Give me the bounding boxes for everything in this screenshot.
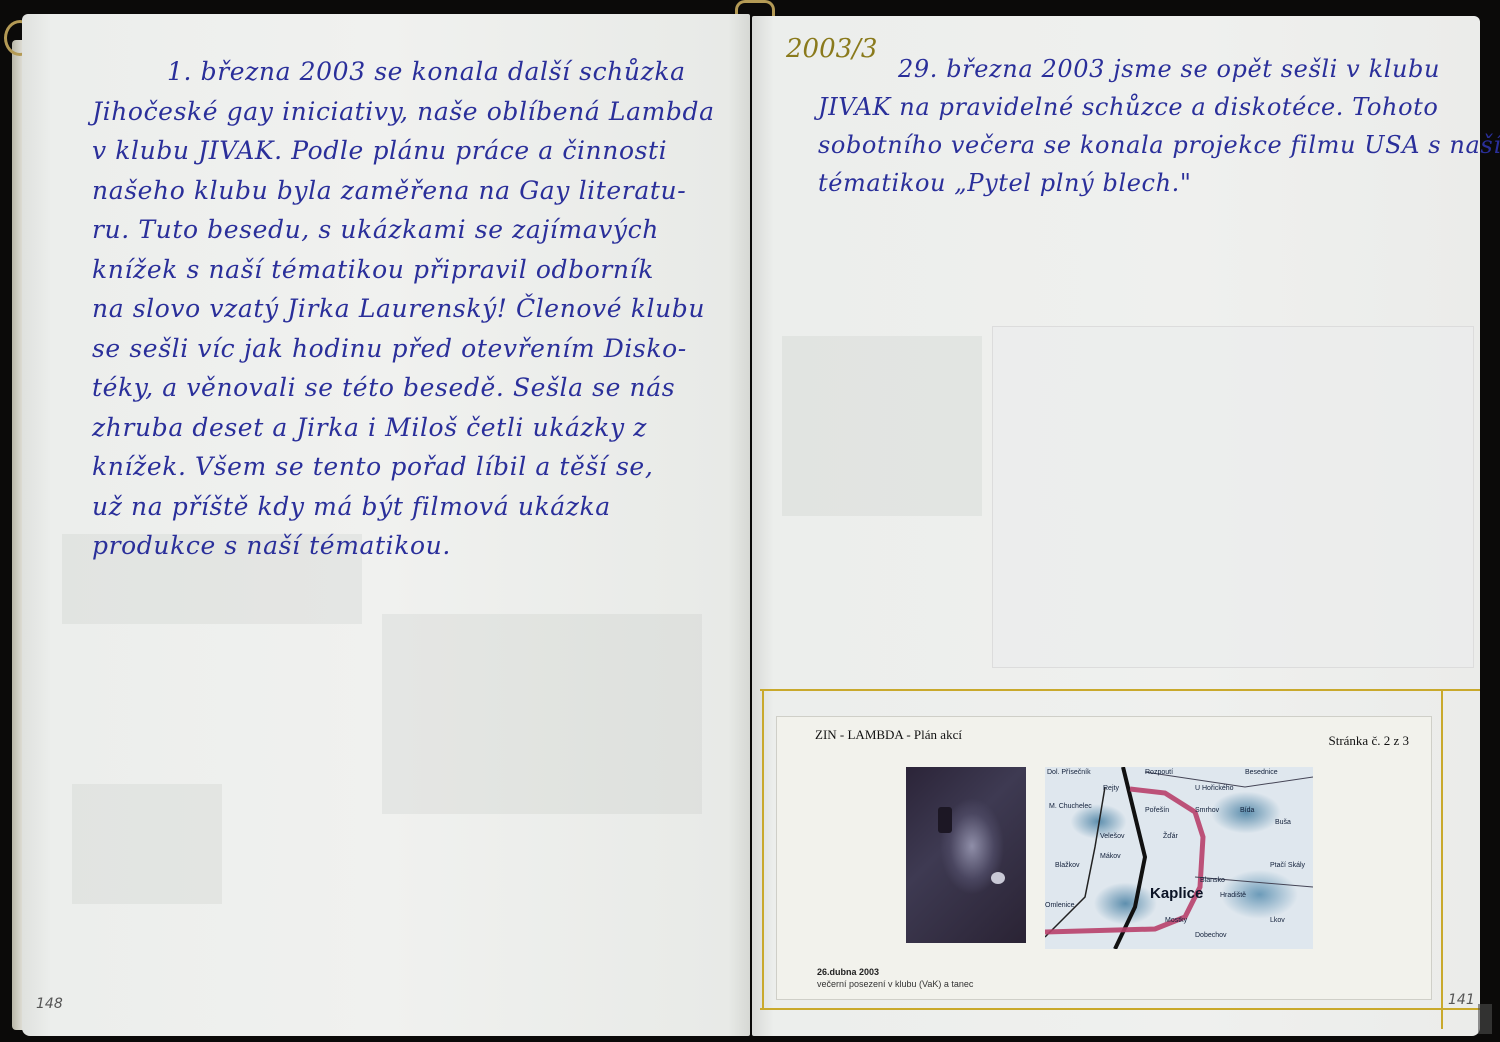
map-label: Dol. Přísečník bbox=[1047, 769, 1091, 776]
handwriting-line: našeho klubu byla zaměřena na Gay litera… bbox=[92, 171, 732, 211]
handwriting-line: ru. Tuto besedu, s ukázkami se zajímavýc… bbox=[92, 210, 732, 250]
show-through bbox=[992, 326, 1474, 668]
handwriting-line: 1. března 2003 se konala další schůzka bbox=[92, 52, 732, 92]
show-through bbox=[782, 336, 982, 516]
map-label: Mákov bbox=[1100, 853, 1121, 860]
map-label: M. Chuchelec bbox=[1049, 803, 1092, 810]
printout-page-label: Stránka č. 2 z 3 bbox=[1328, 733, 1409, 749]
show-through bbox=[382, 614, 702, 814]
handwriting-line: produkce s naší tématikou. bbox=[92, 526, 732, 566]
figure bbox=[991, 872, 1005, 884]
map-label: Besednice bbox=[1245, 769, 1278, 776]
handwriting-line: Jihočeské gay iniciativy, naše oblíbená … bbox=[92, 92, 732, 132]
map-label: Dobechov bbox=[1195, 932, 1227, 939]
map-label: Mostky bbox=[1165, 917, 1187, 924]
handwriting-line: JIVAK na pravidelné schůzce a diskotéce.… bbox=[818, 88, 1478, 126]
handwriting-line: tématikou „Pytel plný blech." bbox=[818, 164, 1478, 202]
map-label: Blansko bbox=[1200, 877, 1225, 884]
frame-line bbox=[760, 689, 1480, 691]
map-label: Pořešín bbox=[1145, 807, 1169, 814]
map-label: Buša bbox=[1275, 819, 1291, 826]
archive-stamp bbox=[1478, 1004, 1492, 1034]
map-label: Žďár bbox=[1163, 833, 1178, 840]
frame-line bbox=[760, 1008, 1480, 1010]
handwriting-line: 29. března 2003 jsme se opět sešli v klu… bbox=[818, 50, 1478, 88]
map-label: Omlenice bbox=[1045, 902, 1075, 909]
handwriting-line: se sešli víc jak hodinu před otevřením D… bbox=[92, 329, 732, 369]
event-date: 26.dubna 2003 bbox=[817, 967, 879, 977]
right-page-number: 141 bbox=[1448, 992, 1475, 1008]
map-center-label: Kaplice bbox=[1150, 885, 1203, 902]
stone-tower-photo bbox=[906, 767, 1026, 943]
show-through bbox=[72, 784, 222, 904]
right-handwritten-entry: 29. března 2003 jsme se opět sešli v klu… bbox=[818, 50, 1478, 202]
frame-line bbox=[762, 689, 764, 1009]
map-label: Hradiště bbox=[1220, 892, 1246, 899]
handwriting-line: knížek s naší tématikou připravil odborn… bbox=[92, 250, 732, 290]
handwriting-line: zhruba deset a Jirka i Miloš četli ukázk… bbox=[92, 408, 732, 448]
handwriting-line: sobotního večera se konala projekce film… bbox=[818, 126, 1478, 164]
map-label: Blažkov bbox=[1055, 862, 1080, 869]
map-label: Smrhov bbox=[1195, 807, 1219, 814]
event-description: večerní posezení v klubu (VaK) a tanec bbox=[817, 979, 973, 989]
map-label: Rozpoutí bbox=[1145, 769, 1173, 776]
map-label: Bída bbox=[1240, 807, 1254, 814]
printout-title: ZIN - LAMBDA - Plán akcí bbox=[815, 727, 962, 743]
handwriting-line: v klubu JIVAK. Podle plánu práce a činno… bbox=[92, 131, 732, 171]
left-handwritten-entry: 1. března 2003 se konala další schůzka J… bbox=[92, 52, 732, 566]
left-page-number: 148 bbox=[36, 996, 63, 1012]
pasted-printout: ZIN - LAMBDA - Plán akcí Stránka č. 2 z … bbox=[776, 716, 1432, 1000]
tower-window bbox=[938, 807, 952, 833]
map-label: Velešov bbox=[1100, 833, 1125, 840]
handwriting-line: už na příště kdy má být filmová ukázka bbox=[92, 487, 732, 527]
map-label: Ptačí Skály bbox=[1270, 862, 1305, 869]
map-image: Dol. Přísečník Rozpoutí Besednice Rejty … bbox=[1045, 767, 1313, 949]
map-label: Rejty bbox=[1103, 785, 1119, 792]
handwriting-line: téky, a věnovali se této besedě. Sešla s… bbox=[92, 368, 732, 408]
handwriting-line: knížek. Všem se tento pořad líbil a těší… bbox=[92, 447, 732, 487]
frame-line bbox=[1441, 689, 1443, 1029]
map-label: Lkov bbox=[1270, 917, 1285, 924]
map-label: U Hořického bbox=[1195, 785, 1234, 792]
handwriting-line: na slovo vzatý Jirka Laurenský! Členové … bbox=[92, 289, 732, 329]
